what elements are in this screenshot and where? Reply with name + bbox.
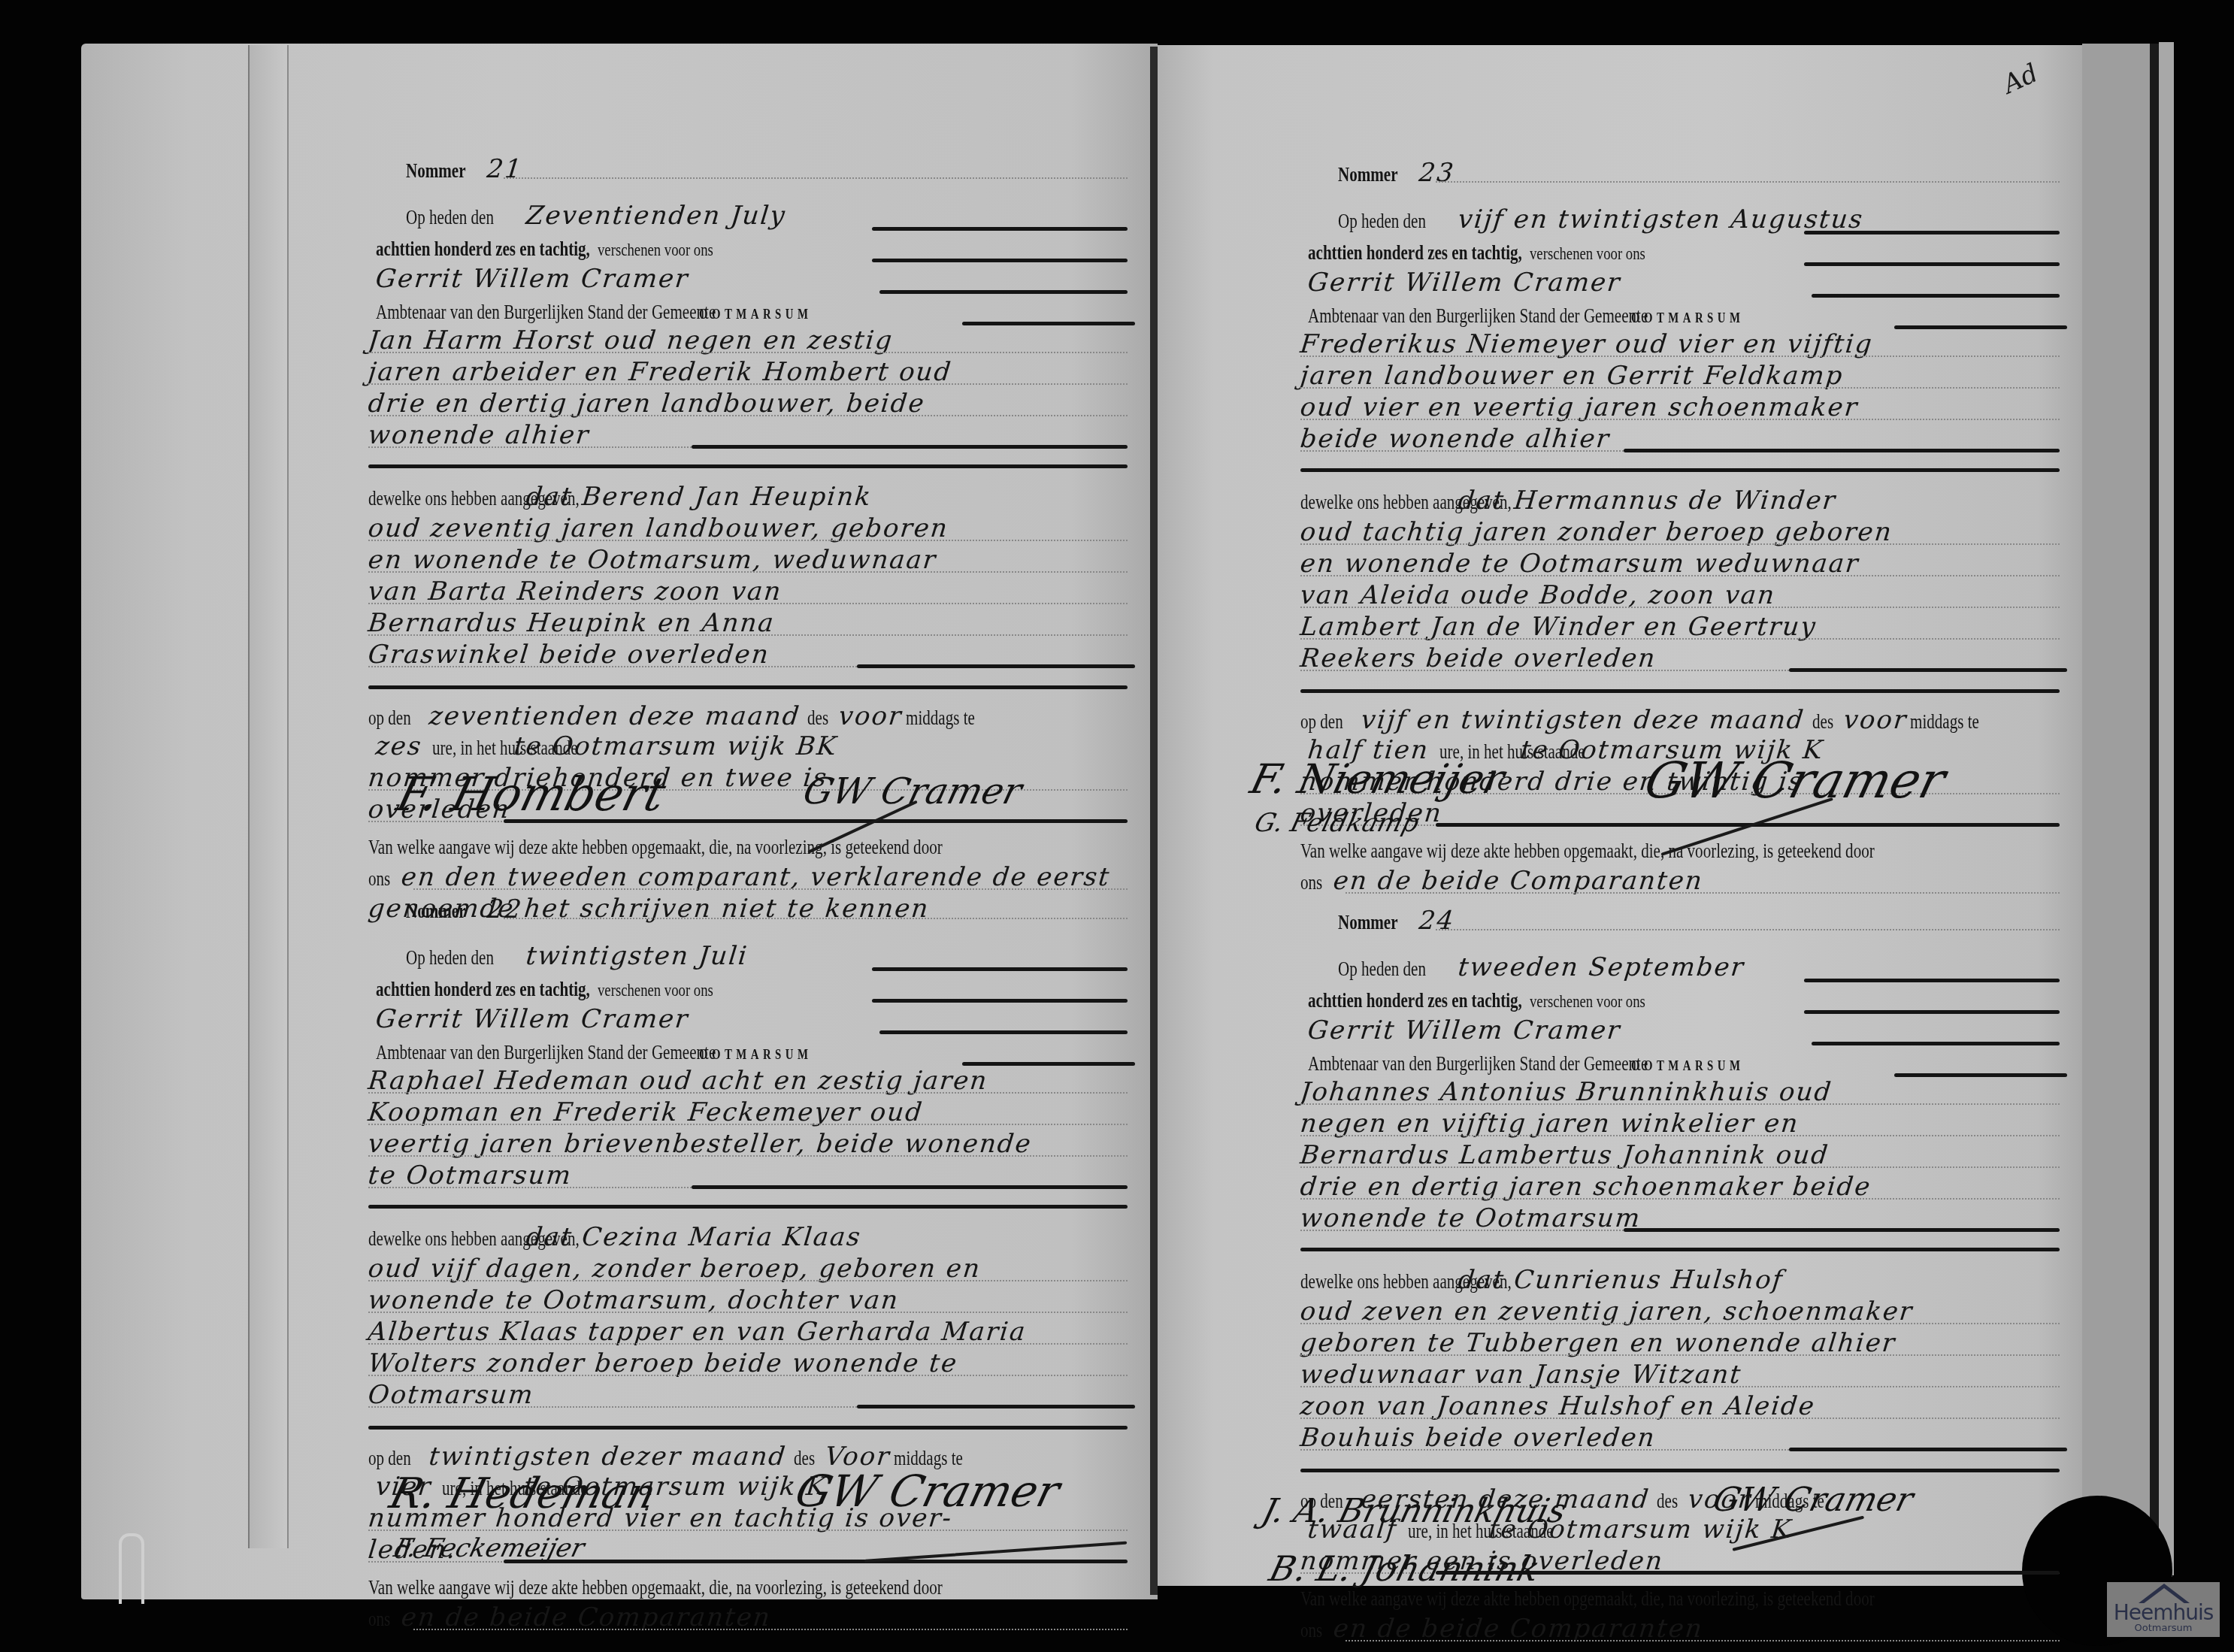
fill-rule	[1300, 1248, 2060, 1251]
signature-official: GW Cramer	[1709, 1481, 1918, 1519]
ons-label: ons	[368, 867, 390, 890]
fill-rule	[1804, 231, 2060, 234]
dotted-line	[1300, 638, 2060, 640]
dotted-line	[413, 888, 1128, 890]
dotted-line	[1300, 575, 2060, 576]
heemhuis-watermark: Heemhuis Ootmarsum	[2107, 1582, 2220, 1637]
signature: B. L. Johannink	[1265, 1548, 1544, 1589]
fill-rule	[368, 464, 1128, 468]
declaration-line: Ootmarsum	[367, 1384, 535, 1406]
fill-rule	[1300, 689, 2060, 693]
fill-rule	[504, 1560, 1128, 1563]
dotted-line	[1300, 356, 2060, 357]
nommer-label: Nommer	[406, 900, 466, 922]
dotted-line	[368, 383, 1128, 385]
witness-line: Jan Harm Horst oud negen en zestig	[367, 329, 894, 352]
ons-label: ons	[368, 1608, 390, 1630]
municipality: OOTMARSUM	[1631, 1055, 1744, 1078]
fill-rule	[1812, 1042, 2060, 1045]
official-name: Gerrit Willem Cramer	[1306, 271, 1622, 294]
declaration-line: dat Berend Jan Heupink	[525, 486, 873, 508]
declaration-line: van Aleida oude Bodde, zoon van	[1299, 584, 1776, 607]
ambtenaar-label: Ambtenaar van den Burgerlijken Stand der…	[376, 1041, 716, 1064]
watermark-subtitle: Ootmarsum	[2107, 1623, 2220, 1635]
witness-line: Johannes Antonius Brunninkhuis oud	[1299, 1081, 1833, 1103]
fill-rule	[368, 685, 1128, 689]
witness-line: Bernardus Lambertus Johannink oud	[1299, 1144, 1830, 1166]
dotted-line	[368, 1092, 1128, 1094]
fill-rule	[872, 967, 1128, 971]
des-label: des	[807, 706, 828, 729]
dotted-line	[1300, 1135, 2060, 1136]
dotted-line	[1346, 892, 2060, 894]
van-welke-label: Van welke aangave wij deze akte hebben o…	[1300, 1587, 1875, 1610]
fill-rule	[1789, 1448, 2067, 1451]
record-date: tweeden September	[1457, 956, 1745, 979]
official-name: Gerrit Willem Cramer	[374, 268, 690, 290]
death-place: te Ootmarsum wijk BK	[513, 735, 838, 758]
dotted-line	[1300, 1418, 2060, 1419]
nommer-label: Nommer	[1338, 163, 1398, 186]
declaration-line: geboren te Tubbergen en wonende alhier	[1299, 1332, 1896, 1354]
dotted-line	[504, 918, 1128, 919]
ambtenaar-label: Ambtenaar van den Burgerlijken Stand der…	[1308, 1052, 1648, 1075]
nommer-label: Nommer	[406, 159, 466, 182]
signed-by: en de beide Comparanten	[1332, 1617, 1704, 1640]
fill-rule	[1804, 979, 2060, 982]
dotted-line	[368, 1124, 1128, 1125]
witness-line: drie en dertig jaren schoenmaker beide	[1299, 1175, 1872, 1198]
declaration-line: dat Cezina Maria Klaas	[525, 1226, 862, 1248]
signature-official: GW Cramer	[799, 770, 1026, 812]
binding-edge-dark	[2150, 44, 2159, 1577]
dotted-line	[1300, 607, 2060, 608]
signature-official: GW Cramer	[1639, 752, 1951, 809]
witness-line: wonende alhier	[367, 424, 591, 446]
dotted-line	[1346, 1640, 2060, 1641]
dotted-line	[368, 571, 1128, 573]
fill-rule	[857, 1405, 1135, 1408]
declaration-line: oud vijf dagen, zonder beroep, geboren e…	[367, 1257, 982, 1280]
fill-rule	[879, 1030, 1128, 1034]
signed-by: en de beide Comparanten	[400, 1606, 772, 1629]
dotted-line	[413, 1629, 1128, 1630]
dotted-line	[1300, 1386, 2060, 1387]
witness-line: wonende te Ootmarsum	[1299, 1207, 1642, 1230]
witness-line: negen en vijftig jaren winkelier en	[1299, 1112, 1800, 1135]
van-welke-label: Van welke aangave wij deze akte hebben o…	[1300, 840, 1875, 862]
dotted-line	[1300, 1323, 2060, 1324]
death-day: twintigsten dezer maand	[428, 1445, 787, 1468]
record-date: Zeventienden July	[525, 204, 787, 227]
dotted-line	[368, 540, 1128, 541]
year-line: achttien honderd zes en tachtig,	[376, 978, 590, 1000]
declaration-line: zoon van Joannes Hulshof en Aleide	[1299, 1395, 1816, 1418]
op-den-label: op den	[368, 1447, 411, 1469]
am-pm: Voor	[824, 1445, 891, 1468]
dotted-line	[1300, 1166, 2060, 1168]
official-name: Gerrit Willem Cramer	[374, 1008, 690, 1030]
signature: F. Hombert	[392, 767, 671, 821]
declaration-line: Wolters zonder beroep beide wonende te	[367, 1352, 958, 1375]
dotted-line	[1436, 181, 2060, 183]
fill-rule	[1624, 449, 2060, 452]
op-heden-label: Op heden den	[1338, 958, 1426, 980]
verschenen-label: verschenen voor ons	[598, 239, 713, 262]
signature: R. Hedeman	[385, 1469, 661, 1518]
book-gutter	[1150, 47, 1158, 1595]
declaration-line: oud tachtig jaren zonder beroep geboren	[1299, 521, 1893, 543]
year-line: achttien honderd zes en tachtig,	[376, 238, 590, 260]
declaration-line: weduwnaar van Jansje Witzant	[1299, 1363, 1742, 1386]
dotted-line	[504, 177, 1128, 179]
dotted-line	[368, 352, 1128, 353]
dotted-line	[1300, 1198, 2060, 1200]
declaration-line: en wonende te Ootmarsum weduwnaar	[1299, 552, 1860, 575]
dotted-line	[368, 1312, 1128, 1313]
dotted-line	[1436, 929, 2060, 930]
am-pm: voor	[838, 705, 904, 728]
declaration-line: Graswinkel beide overleden	[367, 643, 770, 666]
dotted-line	[368, 1343, 1128, 1345]
fill-rule	[872, 259, 1128, 262]
declaration-line: dat Hermannus de Winder	[1457, 489, 1837, 512]
ons-label: ons	[1300, 1619, 1322, 1641]
ambtenaar-label: Ambtenaar van den Burgerlijken Stand der…	[376, 301, 716, 323]
fill-rule	[872, 999, 1128, 1003]
municipality: OOTMARSUM	[699, 1044, 812, 1067]
signature: F. Niemeijer	[1246, 755, 1509, 803]
signed-by: en den tweeden comparant, verklarende de…	[400, 866, 1111, 888]
des-label: des	[1812, 710, 1833, 733]
declaration-line: wonende te Ootmarsum, dochter van	[367, 1289, 900, 1312]
witness-line: Raphael Hedeman oud acht en zestig jaren	[367, 1070, 989, 1092]
fill-rule	[1300, 1469, 2060, 1472]
des-label: des	[1657, 1490, 1678, 1512]
dotted-line	[368, 1155, 1128, 1157]
op-heden-label: Op heden den	[406, 206, 494, 228]
dotted-line	[1300, 543, 2060, 545]
verschenen-label: verschenen voor ons	[1530, 243, 1645, 265]
municipality: OOTMARSUM	[699, 304, 812, 326]
record-date: vijf en twintigsten Augustus	[1457, 208, 1864, 231]
declaration-line: Albertus Klaas tapper en van Gerharda Ma…	[367, 1321, 1028, 1343]
page-clip	[119, 1533, 144, 1604]
official-name: Gerrit Willem Cramer	[1306, 1019, 1622, 1042]
middags-label: middags te	[906, 706, 975, 729]
record-date: twintigsten Juli	[525, 945, 749, 967]
fill-rule	[962, 322, 1135, 325]
op-heden-label: Op heden den	[406, 946, 494, 969]
declaration-line: en wonende te Ootmarsum, weduwnaar	[367, 549, 937, 571]
declaration-line: Lambert Jan de Winder en Geertruy	[1299, 616, 1818, 638]
dotted-line	[1300, 387, 2060, 389]
declaration-line: dat Cunrienus Hulshof	[1457, 1269, 1784, 1291]
ons-label: ons	[1300, 871, 1322, 894]
witness-line: veertig jaren brievenbesteller, beide wo…	[367, 1133, 1033, 1155]
van-welke-label: Van welke aangave wij deze akte hebben o…	[368, 1576, 943, 1599]
verschenen-label: verschenen voor ons	[598, 979, 713, 1002]
witness-line: jaren arbeider en Frederik Hombert oud	[367, 361, 953, 383]
declaration-line: Bernardus Heupink en Anna	[367, 612, 776, 634]
watermark-brand: Heemhuis	[2107, 1602, 2220, 1624]
fill-rule	[857, 664, 1135, 668]
fill-rule	[1812, 294, 2060, 298]
binding-edge	[2159, 42, 2174, 1575]
op-den-label: op den	[368, 706, 411, 729]
declaration-line: van Barta Reinders zoon van	[367, 580, 783, 603]
death-day: vijf en twintigsten deze maand	[1360, 709, 1806, 731]
fill-rule	[1624, 1228, 2060, 1232]
op-heden-label: Op heden den	[1338, 210, 1426, 232]
nommer-label: Nommer	[1338, 911, 1398, 933]
death-hour: zes	[374, 735, 423, 758]
fill-rule	[692, 1185, 1128, 1189]
fill-rule	[1894, 1073, 2067, 1077]
dotted-line	[1300, 1354, 2060, 1356]
declaration-line: Bouhuis beide overleden	[1299, 1427, 1657, 1449]
dotted-line	[368, 603, 1128, 604]
dotted-line	[368, 634, 1128, 636]
dotted-line	[1300, 1103, 2060, 1105]
fill-rule	[879, 290, 1128, 294]
year-line: achttien honderd zes en tachtig,	[1308, 241, 1522, 264]
dotted-line	[368, 415, 1128, 416]
dotted-line	[368, 1529, 1128, 1531]
declaration-line: Reekers beide overleden	[1299, 647, 1657, 670]
fill-rule	[368, 1426, 1128, 1430]
verschenen-label: verschenen voor ons	[1530, 991, 1645, 1013]
witness-line: drie en dertig jaren landbouwer, beide	[367, 392, 926, 415]
year-line: achttien honderd zes en tachtig,	[1308, 989, 1522, 1012]
dotted-line	[1300, 419, 2060, 420]
death-day: zeventienden deze maand	[428, 705, 801, 728]
witness-line: Koopman en Frederik Feckemeyer oud	[367, 1101, 924, 1124]
fill-rule	[1804, 1010, 2060, 1014]
witness-line: beide wonende alhier	[1299, 428, 1611, 450]
ambtenaar-label: Ambtenaar van den Burgerlijken Stand der…	[1308, 304, 1648, 327]
dotted-line	[368, 1280, 1128, 1281]
signed-by: en de beide Comparanten	[1332, 870, 1704, 892]
left-page-fold	[248, 45, 289, 1548]
fill-rule	[1804, 262, 2060, 266]
signature: J. A. Brunninkhuis	[1258, 1492, 1570, 1530]
signature: G. Feldkamp	[1252, 808, 1422, 838]
declaration-line: oud zeven en zeventig jaren, schoenmaker	[1299, 1300, 1914, 1323]
dotted-line	[368, 1375, 1128, 1376]
signature: F. Feckemeijer	[391, 1533, 588, 1563]
fill-rule	[368, 1205, 1128, 1209]
van-welke-label: Van welke aangave wij deze akte hebben o…	[368, 836, 943, 858]
fill-rule	[872, 227, 1128, 231]
witness-line: oud vier en veertig jaren schoenmaker	[1299, 396, 1859, 419]
fill-rule	[692, 445, 1128, 449]
witness-line: jaren landbouwer en Gerrit Feldkamp	[1299, 365, 1845, 387]
fill-rule	[1894, 325, 2067, 329]
municipality: OOTMARSUM	[1631, 307, 1744, 330]
am-pm: voor	[1842, 709, 1909, 731]
signature-official: GW Cramer	[791, 1466, 1065, 1517]
fill-rule	[1300, 468, 2060, 472]
witness-line: Frederikus Niemeyer oud vier en vijftig	[1299, 333, 1874, 356]
op-den-label: op den	[1300, 710, 1343, 733]
fill-rule	[1789, 668, 2067, 672]
witness-line: te Ootmarsum	[367, 1164, 573, 1187]
middags-label: middags te	[1910, 710, 1979, 733]
declaration-line: oud zeventig jaren landbouwer, geboren	[367, 517, 949, 540]
